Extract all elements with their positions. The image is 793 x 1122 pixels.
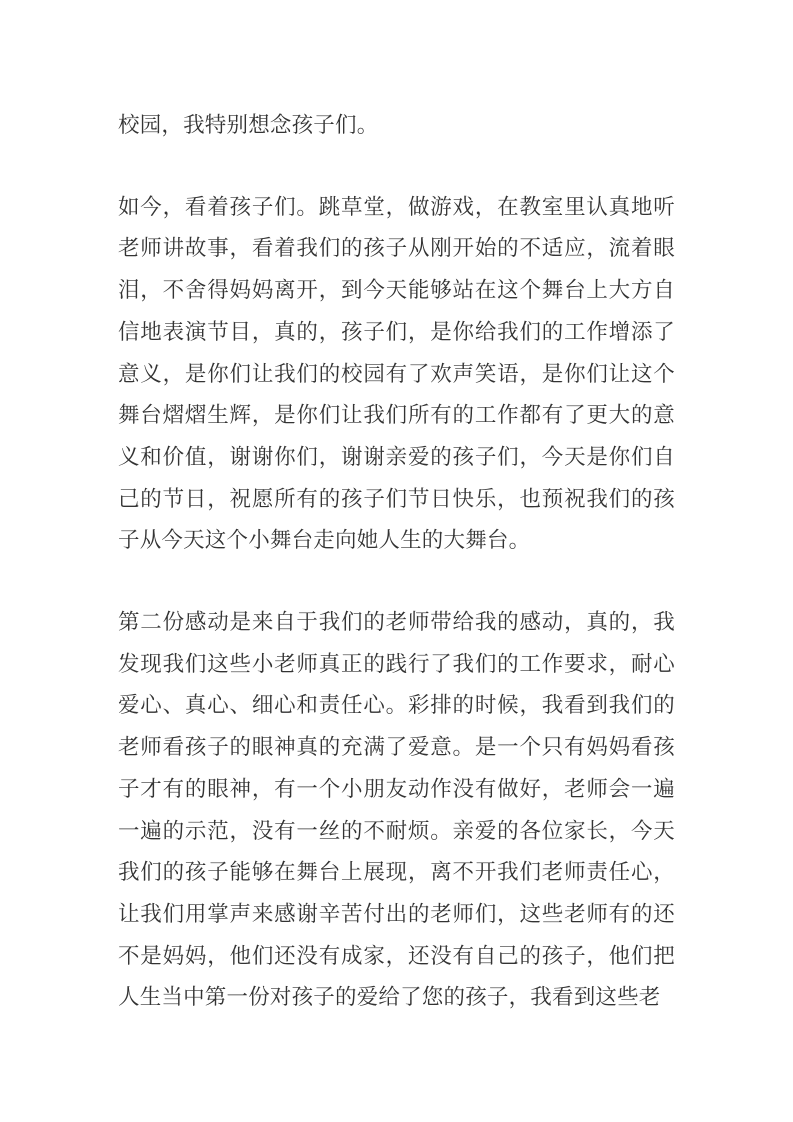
paragraph-2: 如今，看着孩子们。跳草堂，做游戏，在教室里认真地听老师讲故事，看着我们的孩子从刚… [118, 187, 675, 562]
document-body: 校园，我特别想念孩子们。 如今，看着孩子们。跳草堂，做游戏，在教室里认真地听老师… [0, 0, 793, 1019]
document-page: 校园，我特别想念孩子们。 如今，看着孩子们。跳草堂，做游戏，在教室里认真地听老师… [0, 0, 793, 1122]
paragraph-3: 第二份感动是来自于我们的老师带给我的感动，真的，我发现我们这些小老师真正的践行了… [118, 602, 675, 1019]
paragraph-1: 校园，我特别想念孩子们。 [118, 105, 675, 147]
